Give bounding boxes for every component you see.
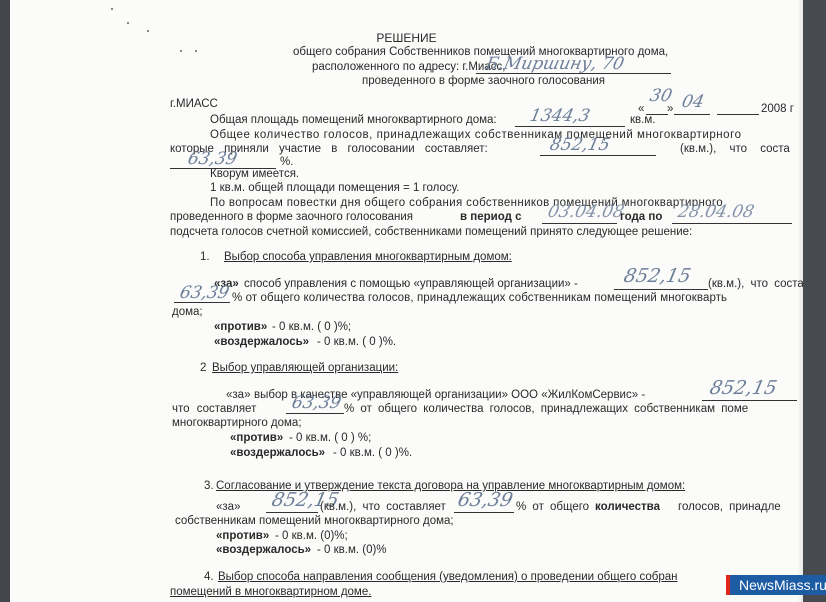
votes-line1: Общее количество голосов, принадлежащих … [210,129,742,142]
votes-value-underline [540,155,656,156]
scanned-document-page: РЕШЕНИЕ общего собрания Собственников по… [10,0,803,602]
total-area-value: 1344,3 [528,108,591,125]
item3-abstain-text: - 0 кв.м. (0)% [317,544,387,557]
intro-line3: подсчета голосов счетной комиссией, собс… [170,226,692,239]
votes-percent: 63,39 [186,151,238,168]
scan-speck [127,22,129,24]
item2-for-label: «за» [226,389,250,402]
item3-for-percent: 63,39 [456,492,514,509]
item1-for-percent-underline [174,302,230,303]
city-label: г.МИАСС [170,98,218,111]
item2-against-label: «против» [230,432,283,445]
item3-for-label: «за» [216,501,240,514]
item3-against-text: - 0 кв.м. (0)%; [275,530,348,543]
item1-for-text: способ управления с помощью «управляющей… [244,278,578,291]
scan-speck [180,50,182,52]
item3-for-percent-underline [454,512,514,513]
item4-heading-line1: Выбор способа направления сообщения (уве… [218,571,678,584]
viewer-left-edge [0,0,10,602]
item3-for-text: (кв.м.), что составляет [320,501,446,514]
item1-for-rest: % от общего количества голосов, принадле… [232,292,727,305]
item1-against-label: «против» [214,321,267,334]
item1-against-text: - 0 кв.м. ( 0 )%; [272,321,351,334]
item3-for-value-underline [266,512,318,513]
period-to: 28.04.08 [676,204,755,221]
item1-for-value: 852,15 [622,268,692,285]
date-year: 2008 г [761,103,794,116]
total-area-underline [515,126,625,127]
item3-abstain-label: «воздержалось» [216,544,311,557]
vote-rule-text: 1 кв.м. общей площади помещения = 1 голо… [210,182,459,195]
document-subtitle-line3: проведенного в форме заочного голосовани… [362,75,605,88]
item2-heading: Выбор управляющей организации: [212,362,398,375]
date-quote-close: » [667,103,673,116]
scan-speck [195,50,197,52]
item2-for-value-underline [702,400,797,401]
item2-for-value: 852,15 [708,380,778,397]
item1-for-value-underline [614,289,708,290]
address-handwritten: Б.Миршину, 70 [484,56,625,73]
item4-heading-line2: помещений в многоквартирном доме. [170,586,371,599]
viewer-right-panel [803,0,826,602]
item1-for-tail: дома; [172,306,203,319]
item2-for-percent-underline [286,413,344,414]
item2-for-rest: % от общего количества голосов, принадле… [344,403,748,416]
item3-for-rest-pre: % от общего [516,501,589,514]
total-area-unit: кв.м. [630,114,655,127]
item1-abstain-text: - 0 кв.м. ( 0 )%. [317,336,396,349]
item1-for-unit: (кв.м.), что соста [708,278,803,291]
item2-abstain-text: - 0 кв.м. ( 0 )%. [333,447,412,460]
address-underline [476,73,671,74]
item2-abstain-label: «воздержалось» [230,447,325,460]
item2-for-pre: что составляет [172,403,256,416]
period-to-underline [672,223,792,224]
item3-for-tail: собственникам помещений многоквартирного… [175,515,454,528]
item3-number: 3. [204,480,214,493]
intro-period-label: в период с [460,211,521,224]
date-month-underline [674,114,710,115]
votes-value: 852,15 [548,137,611,154]
item2-for-percent: 63,39 [290,395,342,412]
item4-number: 4. [204,571,214,584]
date-month: 04 [680,94,705,111]
item2-for-tail: многоквартирного дома; [172,417,302,430]
item2-against-text: - 0 кв.м. ( 0 ) %; [289,432,371,445]
item1-for-percent: 63,39 [178,285,230,302]
intro-line1: По вопросам повестки дня общего собрания… [210,197,723,210]
item3-against-label: «против» [216,530,269,543]
date-year-underline [717,114,759,115]
item1-heading: Выбор способа управления многоквартирным… [224,251,512,264]
votes-unit: (кв.м.), что соста [680,143,790,156]
period-from-underline [542,223,617,224]
item1-number: 1. [200,251,210,264]
item3-for-rest-bold: количества [595,501,660,514]
quorum-text: Кворум имеется. [210,168,299,181]
scan-speck [111,8,113,10]
document-title: РЕШЕНИЕ [10,32,803,45]
period-from: 03.04.08 [546,204,625,221]
intro-line2: проведенного в форме заочного голосовани… [170,211,413,224]
total-area-label: Общая площадь помещений многоквартирного… [210,114,497,127]
period-to-label: года по [620,211,662,224]
item1-abstain-label: «воздержалось» [214,336,309,349]
item2-number: 2 [200,362,206,375]
newsmiass-watermark[interactable]: NewsMiass.ru [726,575,826,595]
item3-for-rest-post: голосов, принадле [678,501,781,514]
